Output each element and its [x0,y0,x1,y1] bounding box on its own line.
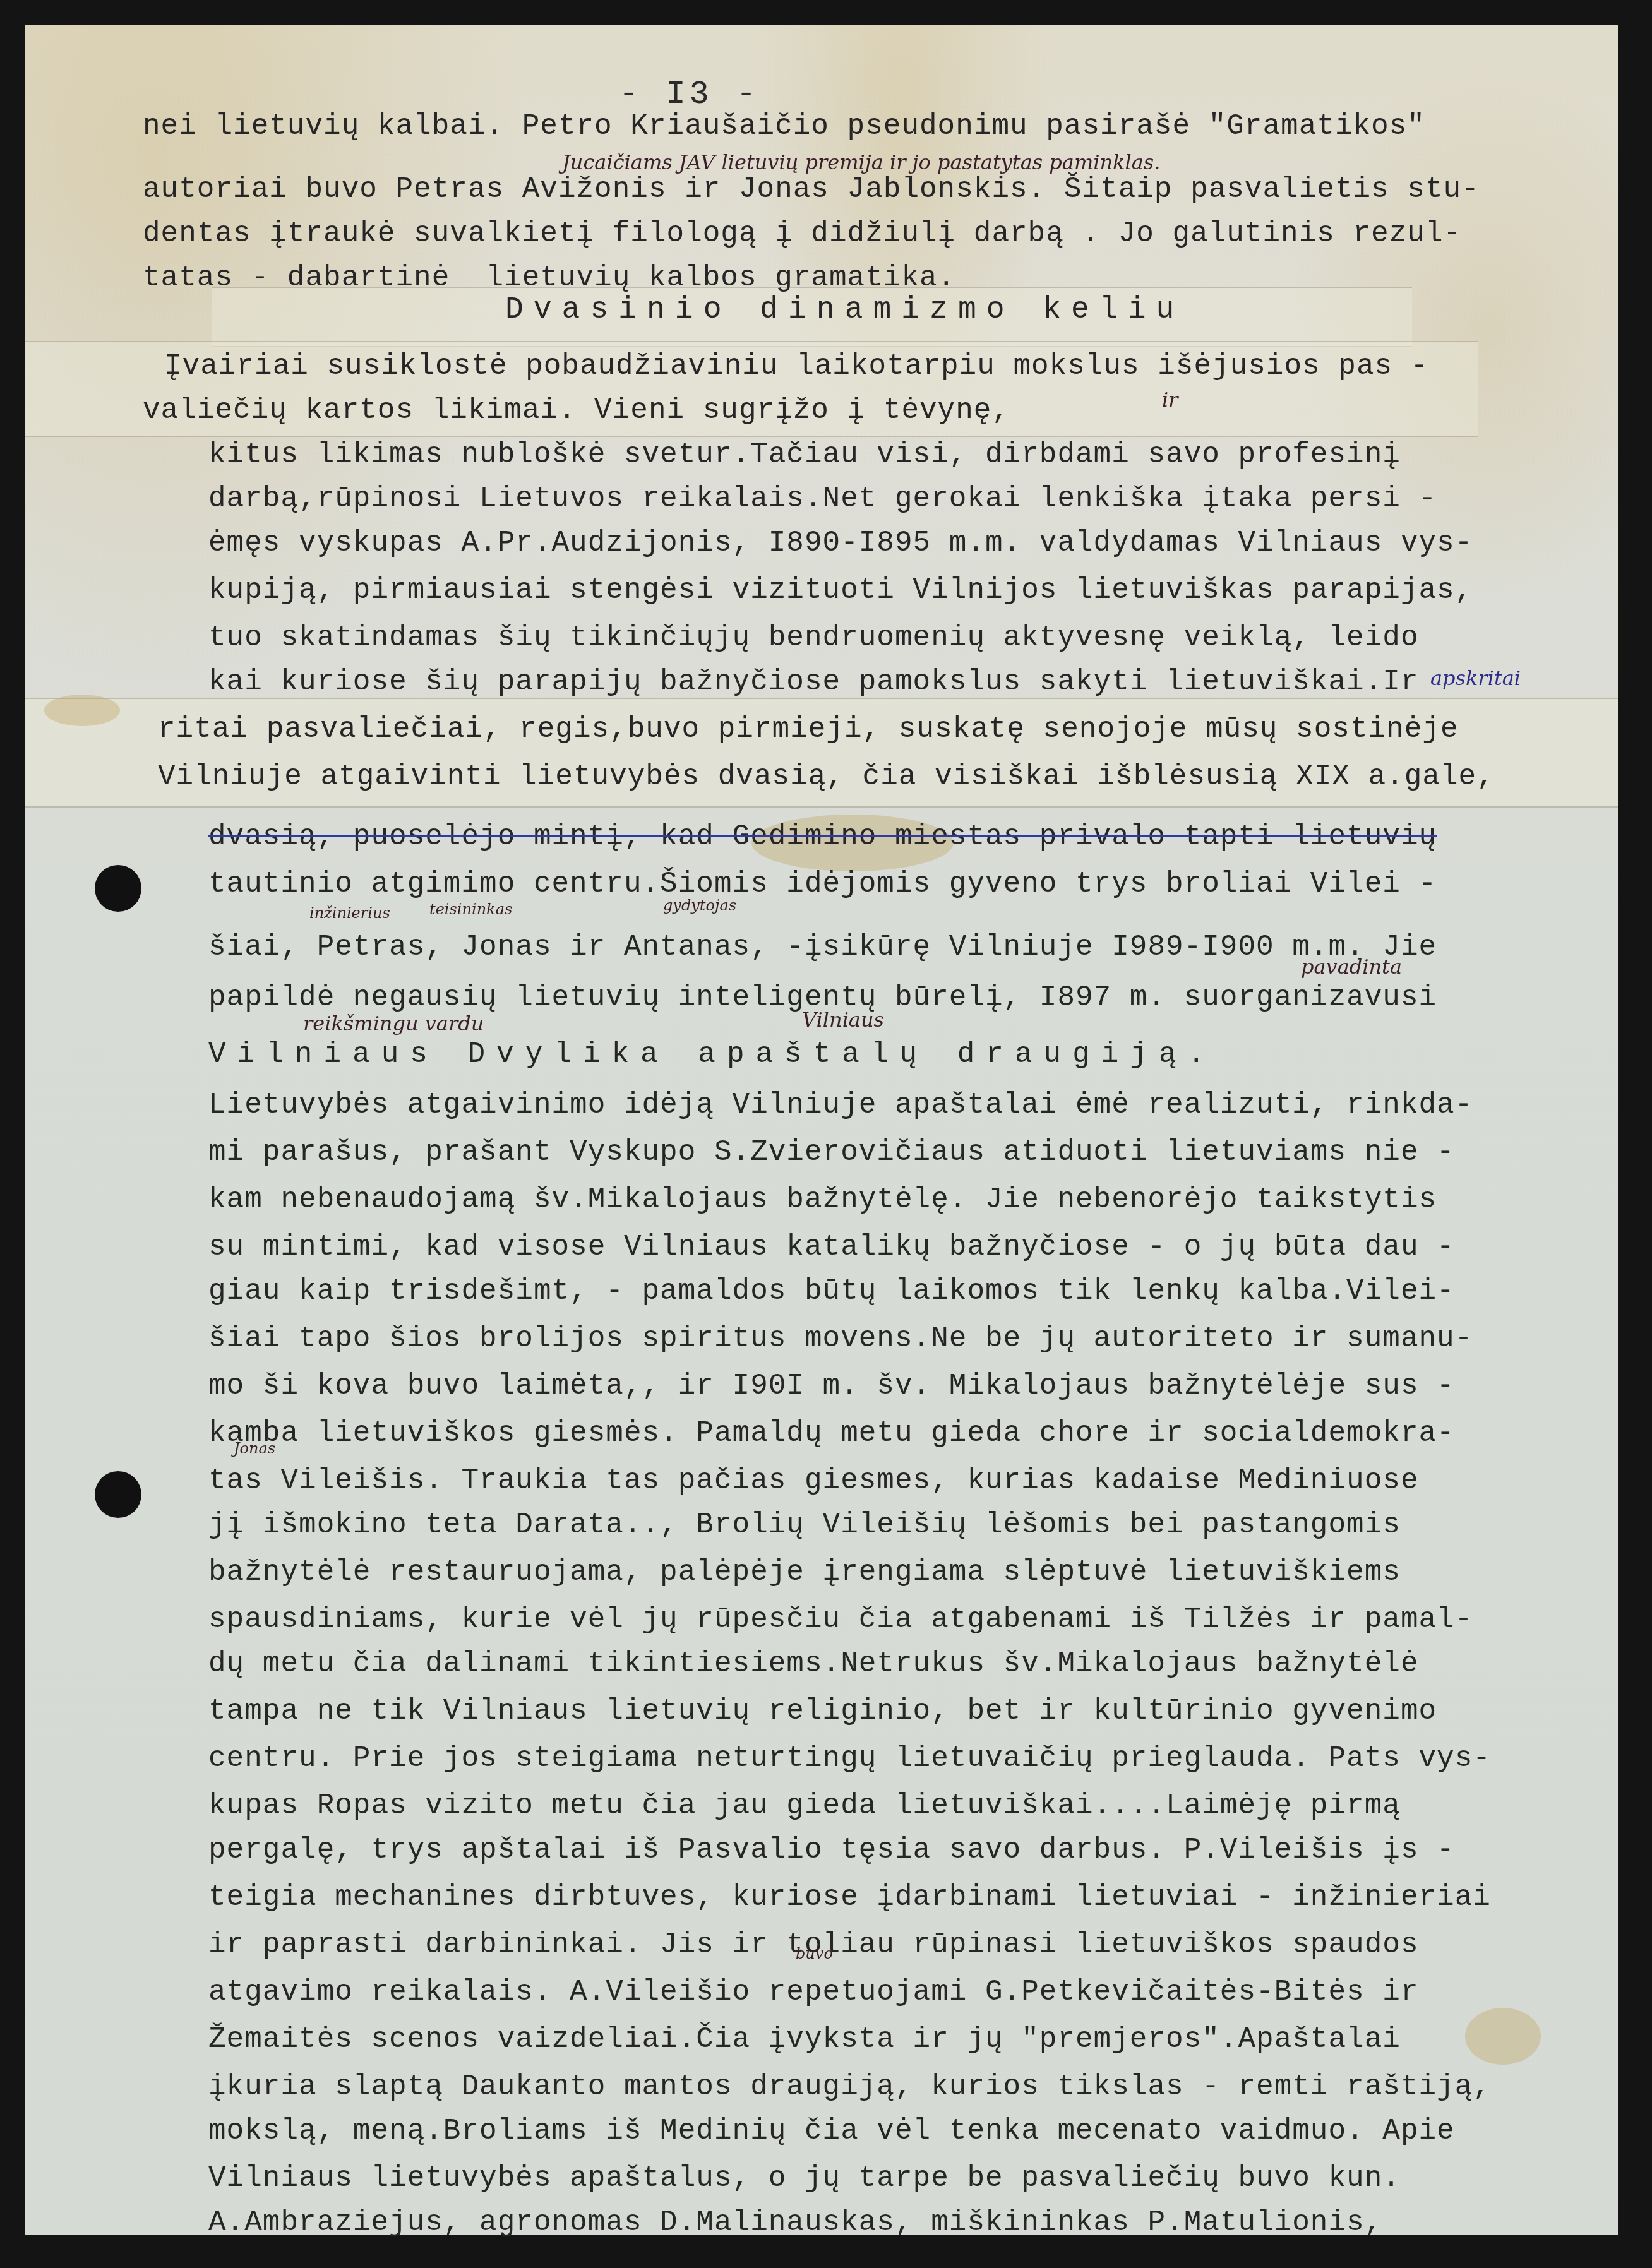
handwritten-note-vilniaus: Vilniaus [802,1008,884,1032]
text-line: teigia mechanines dirbtuves, kuriose įda… [208,1878,1491,1916]
text-line: giau kaip trisdešimt, - pamaldos būtų la… [208,1272,1455,1310]
section-heading: Dvasinio dinamizmo keliu [505,293,1184,327]
text-line: kupiją, pirmiausiai stengėsi vizituoti V… [208,571,1473,609]
handwritten-note-pavadinta: pavadinta [1301,955,1402,979]
text-line: darbą,rūpinosi Lietuvos reikalais.Net ge… [208,480,1437,518]
handwritten-margin-note: ir [1162,388,1178,412]
text-line: tatas - dabartinė lietuvių kalbos gramat… [143,259,955,297]
text-line: šiai, Petras, Jonas ir Antanas, -įsikūrę… [208,928,1437,966]
text-line: ritai pasvaliečiai, regis,buvo pirmieji,… [158,710,1459,748]
text-line: valiečių kartos likimai. Vieni sugrįžo į… [143,391,1010,429]
text-line: bažnytėlė restauruojama, palėpėje įrengi… [208,1553,1401,1591]
text-line: tautinio atgimimo centru.Šiomis idėjomis… [208,865,1437,903]
text-line: dvasią, puoselėjo mintį, kad Gedimino mi… [208,818,1437,856]
text-line: Lietuvybės atgaivinimo idėją Vilniuje ap… [208,1086,1473,1124]
handwritten-margin-note: apskritai [1430,666,1521,690]
text-line: pergalę, trys apštalai iš Pasvalio tęsia… [208,1831,1455,1869]
handwritten-note-reiksmingu: reikšmingu vardu [303,1012,484,1036]
text-line: mo ši kova buvo laimėta,, ir I90I m. šv.… [208,1367,1455,1405]
text-line: mi parašus, prašant Vyskupo S.Zvieroviči… [208,1133,1455,1171]
text-line: Vilniaus lietuvybės apaštalus, o jų tarp… [208,2159,1401,2197]
handwritten-note-petras: inžinierius [309,904,390,922]
text-line: Vilniuje atgaivinti lietuvybės dvasią, č… [158,758,1495,796]
text-line: kamba lietuviškos giesmės. Pamaldų metu … [208,1414,1455,1452]
text-line: su mintimi, kad visose Vilniaus katalikų… [208,1228,1455,1266]
text-line: tuo skatindamas šių tikinčiųjų bendruome… [208,619,1419,657]
text-line: mokslą, meną.Broliams iš Medinių čia vėl… [208,2112,1455,2150]
text-line: atgavimo reikalais. A.Vileišio repetuoja… [208,1973,1419,2011]
text-line: Žemaitės scenos vaizdeliai.Čia įvyksta i… [208,2020,1401,2058]
handwritten-note-jonas-margin: Jonas [234,1440,275,1457]
text-line: centru. Prie jos steigiama neturtingų li… [208,1740,1491,1777]
text-line: Įvairiai susiklostė pobaudžiaviniu laiko… [164,347,1428,385]
text-line: spausdiniams, kurie vėl jų rūpesčiu čia … [208,1601,1473,1638]
text-line: jį išmokino teta Darata.., Brolių Vileiš… [208,1506,1401,1544]
text-line: šiai tapo šios brolijos spiritus movens.… [208,1320,1473,1358]
handwritten-note-jonas: teisininkas [429,900,512,918]
text-line: ėmęs vyskupas A.Pr.Audzijonis, I890-I895… [208,524,1473,562]
handwritten-note-buvo: buvo [796,1945,833,1962]
text-line: dentas įtraukė suvalkietį filologą į did… [143,215,1461,253]
text-line: įkuria slaptą Daukanto mantos draugiją, … [208,2068,1491,2106]
text-line: kai kuriose šių parapijų bažnyčiose pamo… [208,663,1419,701]
text-line: autoriai buvo Petras Avižonis ir Jonas J… [143,170,1480,208]
stain [44,695,120,726]
punch-hole-bottom [95,1471,141,1518]
text-line: tas Vileišis. Traukia tas pačias giesmes… [208,1462,1419,1500]
text-line: dų metu čia dalinami tikintiesiems.Netru… [208,1645,1419,1683]
text-line: tampa ne tik Vilniaus lietuvių religinio… [208,1692,1437,1730]
text-line: kupas Ropas vizito metu čia jau gieda li… [208,1787,1401,1825]
text-line: nei lietuvių kalbai. Petro Kriaušaičio p… [143,107,1425,145]
text-line: A.Ambraziejus, agronomas D.Malinauskas, … [208,2204,1382,2241]
document-page: - I3 - nei lietuvių kalbai. Petro Kriauš… [25,25,1618,2235]
stain [1465,2008,1541,2065]
punch-hole-top [95,865,141,912]
text-line: Vilniaus Dvylika apaštalų draugiją. [208,1036,1216,1073]
text-line: kam nebenaudojamą šv.Mikalojaus bažnytėl… [208,1181,1437,1219]
handwritten-note-antanas: gydytojas [663,897,736,914]
text-line: kitus likimas nubloškė svetur.Tačiau vis… [208,436,1401,474]
